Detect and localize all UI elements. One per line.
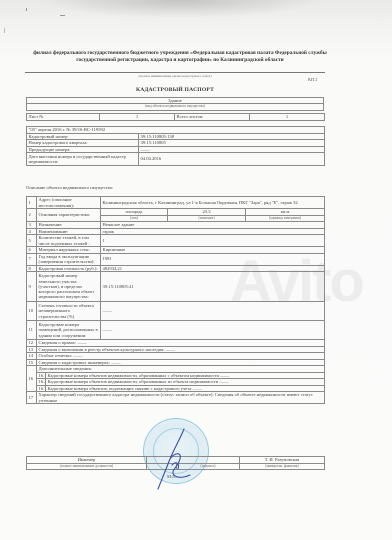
- object-kind-table: Здание (вид объекта недвижимого имуществ…: [26, 97, 324, 111]
- description-table: 1 Адрес (описание местоположения): Калин…: [26, 196, 325, 404]
- row-number: 1: [27, 197, 37, 209]
- formed-with-label: Кадастровые номера объектов недвижимости…: [48, 373, 220, 378]
- land-plot-value: 39:15:110805:41: [101, 272, 325, 302]
- registration-table: "05" апреля 2016 г. № 39/16-ВС-119592 Ка…: [26, 126, 325, 166]
- row-number: 16: [27, 366, 37, 392]
- description-label: Описание объекта недвижимого имущества:: [26, 185, 113, 190]
- organization-caption: (полное наименование органа кадастрового…: [25, 74, 325, 78]
- heritage-value: ——: [166, 347, 175, 352]
- main-characteristic-label: Основная характеристика:: [37, 209, 101, 222]
- total-sheets-value: 1: [250, 114, 325, 121]
- scan-shadow: [40, 0, 320, 18]
- entry-date-value: 04.04.2016: [139, 153, 325, 166]
- form-code: КП.1: [308, 77, 318, 82]
- engineers-label: Сведения о кадастровых инженерах:: [39, 360, 111, 365]
- row-number: 9: [27, 272, 37, 302]
- rights-label: Сведения о правах:: [39, 340, 77, 345]
- completion-degree-label: Степень готовности объекта незавершенног…: [37, 302, 101, 321]
- completion-degree-value: ——: [101, 302, 325, 321]
- row-number: 5: [27, 235, 37, 247]
- formed-with-value: ——: [220, 373, 229, 378]
- object-kind-caption: (вид объекта недвижимого имущества): [27, 104, 324, 110]
- removed-value: ——: [193, 386, 202, 391]
- floors-label: Количество этажей, в том числе подземных…: [37, 235, 101, 247]
- land-plot-label: Кадастровый номер земельного участка (уч…: [37, 272, 101, 302]
- premises-numbers-label: Кадастровые номера помещений, расположен…: [37, 321, 101, 340]
- entry-date-label: Дата внесения номера в государственный к…: [27, 153, 139, 166]
- sheet-value: 1: [100, 114, 175, 121]
- formed-from-label: Кадастровые номера объектов недвижимости…: [48, 379, 219, 384]
- address-label: Адрес (описание местоположения):: [37, 197, 101, 209]
- sheet-table: Лист № 1 Всего листов: 1: [26, 113, 325, 121]
- scan-speck: [26, 8, 27, 11]
- name-caption: (инициалы, фамилия): [240, 463, 325, 470]
- special-notes-value: ——: [73, 353, 82, 358]
- formed-from-value: ——: [219, 379, 228, 384]
- year-built-label: Год ввода в эксплуатацию (завершения стр…: [37, 253, 101, 265]
- position-caption: (полное наименование должности): [27, 463, 147, 470]
- divider: [25, 72, 325, 73]
- row-number: 10: [27, 302, 37, 321]
- scan-speck: [60, 15, 65, 16]
- row-number: 7: [27, 253, 37, 265]
- address-value: Калининградская область, г Калининград, …: [101, 197, 325, 209]
- document-title: КАДАСТРОВЫЙ ПАСПОРТ: [25, 87, 325, 93]
- row-number: 11: [27, 321, 37, 340]
- total-sheets-label: Всего листов:: [175, 114, 250, 121]
- removed-label: Кадастровые номера объектов, подлежащих …: [48, 386, 192, 391]
- special-notes-label: Особые отметки:: [39, 353, 72, 358]
- record-status: Характер сведений государственного кадас…: [37, 392, 325, 404]
- scanned-page: Avito филиал федерального государственно…: [0, 0, 392, 540]
- handwritten-signature: [150, 425, 200, 495]
- year-built-value: 1981: [101, 253, 325, 265]
- row-number: 2: [27, 209, 37, 222]
- premises-numbers-value: ——: [101, 321, 325, 340]
- heritage-label: Сведения о включении в реестр объектов к…: [39, 347, 165, 352]
- organization-name: филиал федерального государственного бюд…: [30, 50, 330, 64]
- floors-value: 1: [101, 235, 325, 247]
- row-number: 17: [27, 392, 37, 404]
- rights-value: ——: [77, 340, 86, 345]
- sheet-label: Лист №: [27, 114, 100, 121]
- engineers-value: ——: [111, 360, 120, 365]
- scan-speck: [4, 28, 5, 33]
- cadastral-cost-label: Кадастровая стоимость (руб.):: [37, 265, 101, 272]
